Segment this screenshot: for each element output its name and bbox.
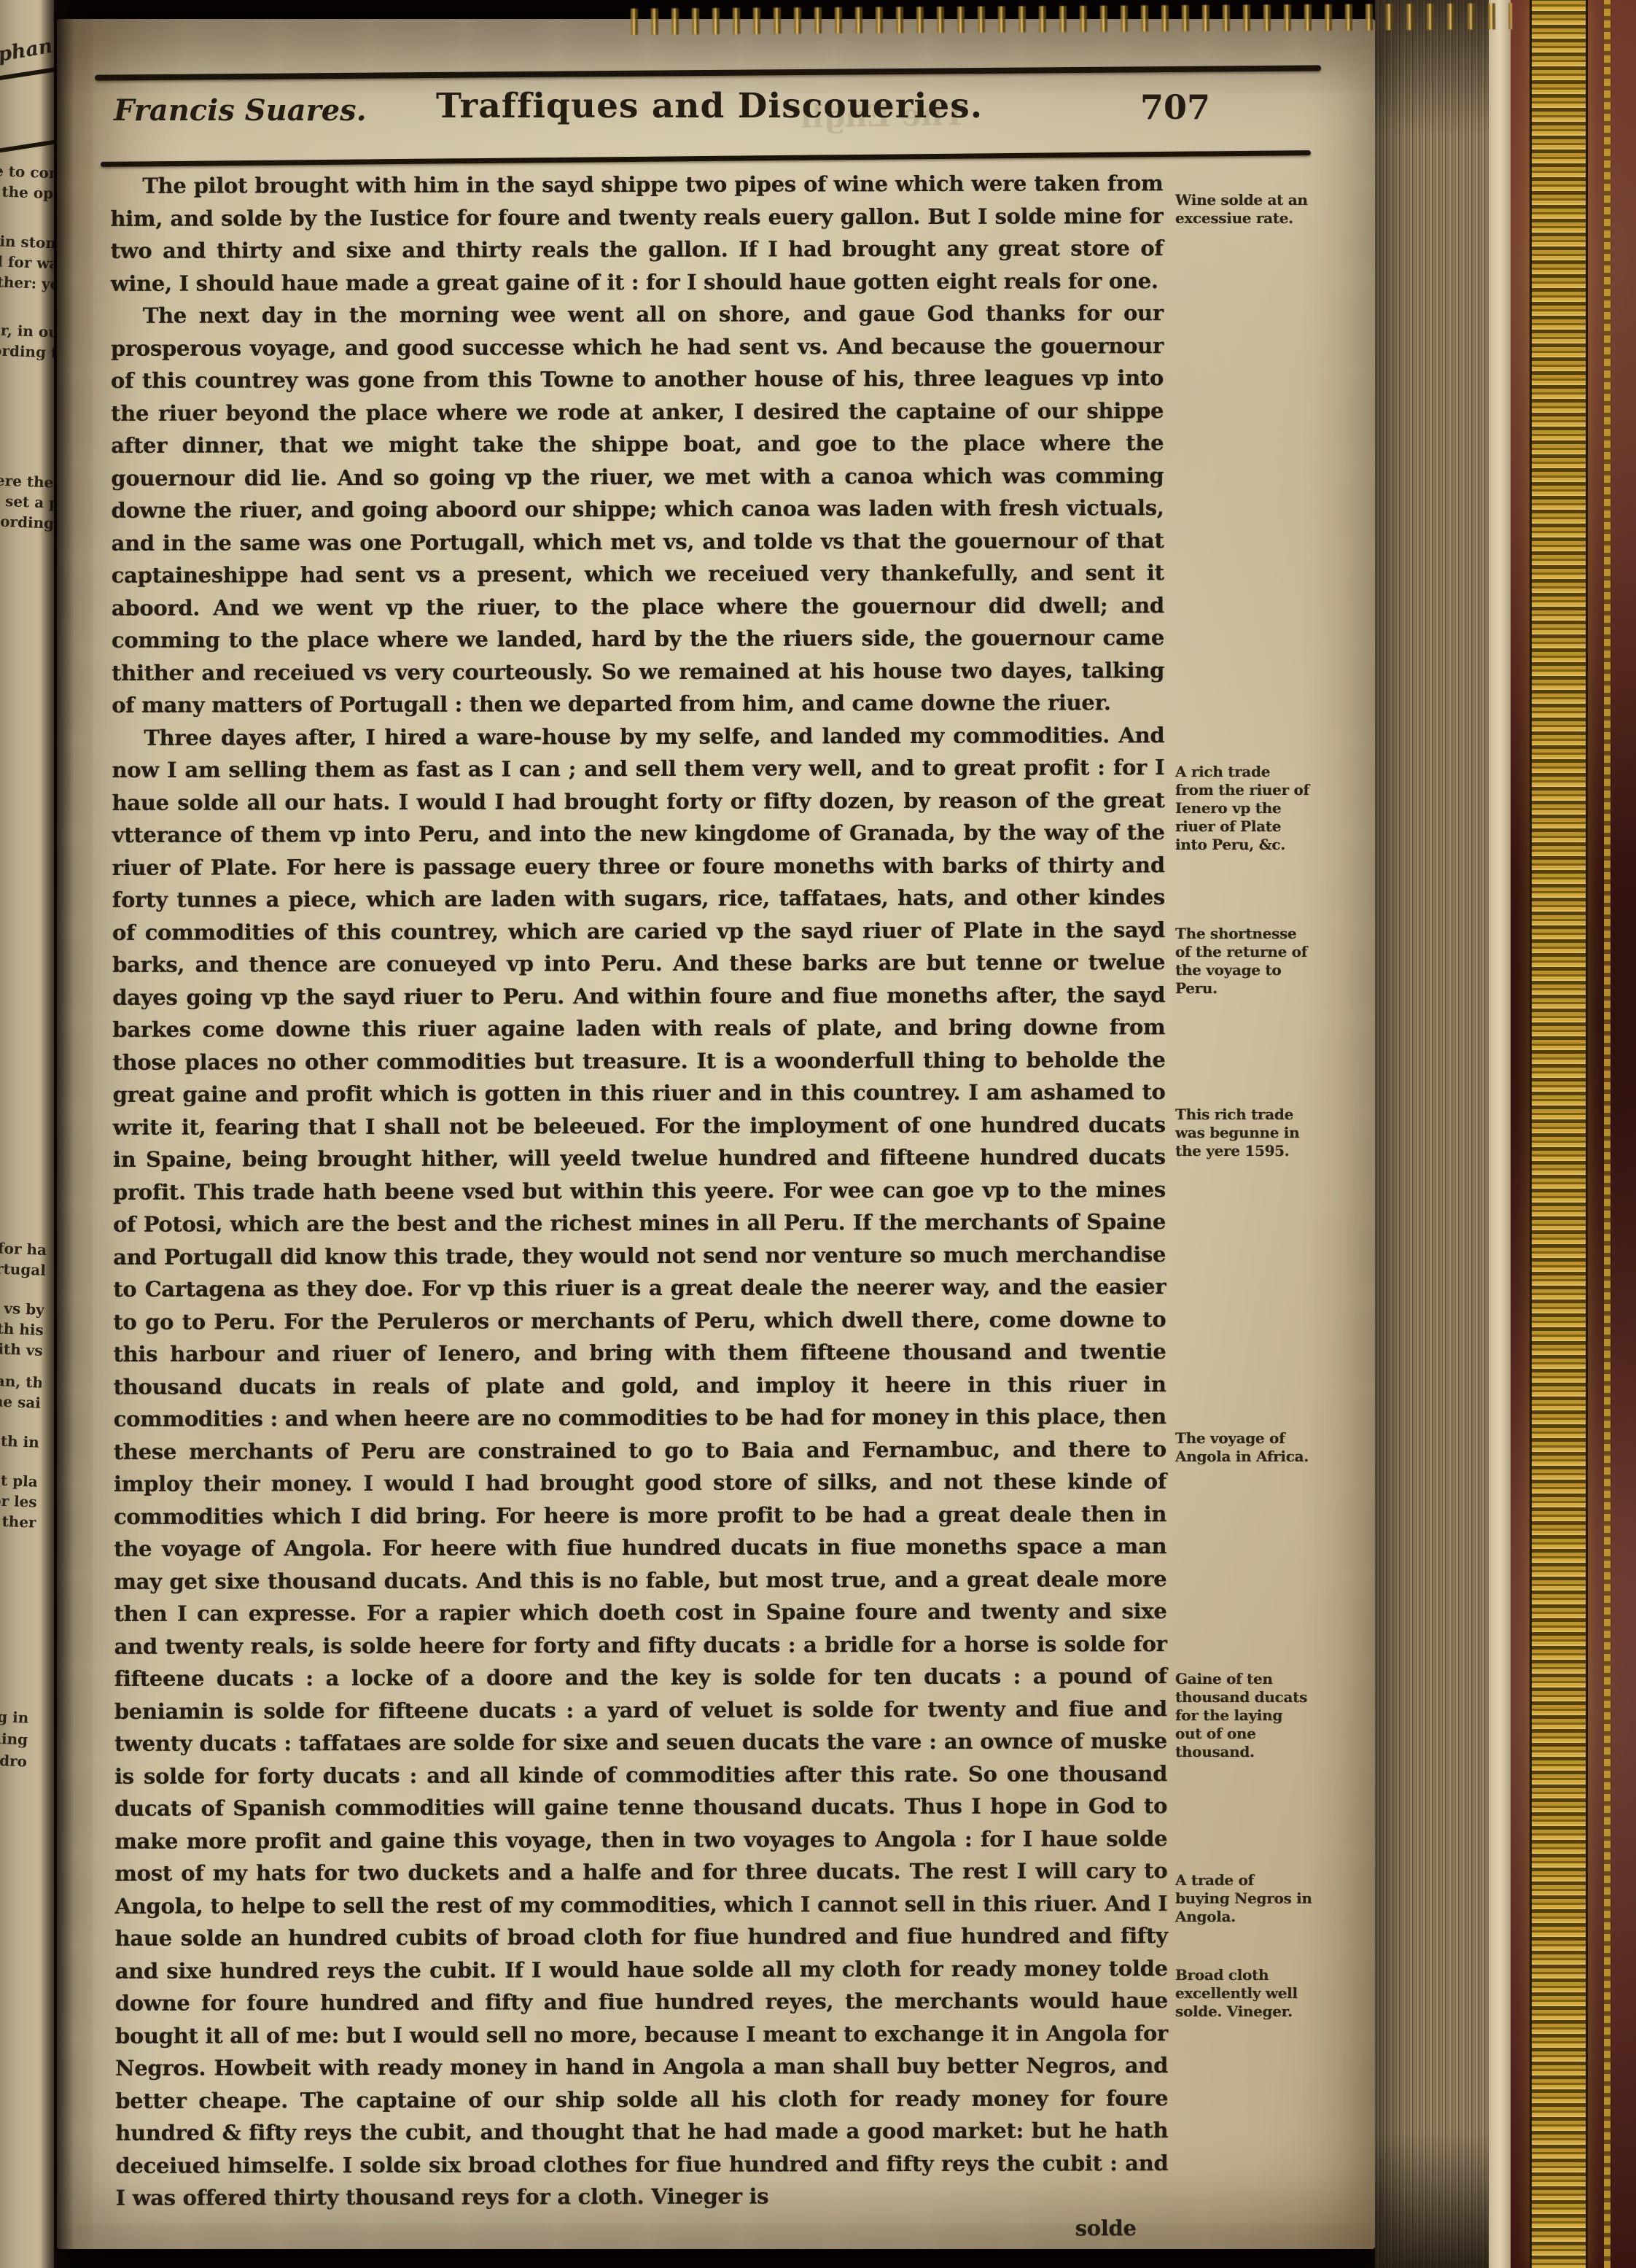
header-rule-top [95, 65, 1321, 80]
marginal-note: A trade of buying Negros in Angola. [1175, 1871, 1312, 1926]
book-page: The Engli Francis Suares. Traffiques and… [57, 19, 1375, 2249]
text-fragment: by dro [0, 1747, 28, 1771]
text-fragment: d by South in [0, 1428, 39, 1451]
text-fragment: shallowest pla [0, 1467, 38, 1491]
text-fragment: as tolde vs by [0, 1296, 44, 1319]
running-header: The Engli Francis Suares. Traffiques and… [57, 82, 1375, 147]
book-scan: ephan Ha ce to come ae in the open sehad… [0, 0, 1636, 2268]
marginal-note: Broad cloth excellently well solde. Vine… [1175, 1966, 1312, 2021]
running-author: Francis Suares. [114, 93, 367, 128]
body-text: The pilot brought with him in the sayd s… [110, 167, 1168, 2247]
paragraph: The next day in the morning wee went all… [111, 297, 1165, 721]
book-cover-marbled [1511, 0, 1636, 2268]
gilt-border-line [1604, 0, 1610, 2268]
paragraph: The pilot brought with him in the sayd s… [110, 167, 1163, 300]
gilt-border-band [1530, 0, 1588, 2268]
page-title: Traffiques and Discoueries. [436, 86, 983, 126]
catchword: solde [116, 2212, 1169, 2247]
gilt-top-edge [624, 3, 1512, 34]
text-fragment: or lesse, ther [0, 1508, 36, 1531]
text-fragment: we like the sai [0, 1389, 41, 1412]
text-fragment: to a Portugal [0, 1257, 46, 1280]
text-fragment: S.Sebastian, th [0, 1368, 42, 1391]
text-fragment: ugales for ha [0, 1236, 47, 1259]
paragraph: Three dayes after, I hired a ware-house … [112, 719, 1168, 2215]
page-number: 707 [1140, 88, 1210, 127]
header-rule-bottom [101, 150, 1311, 167]
marginal-note: The shortnesse of the returne of the voy… [1175, 925, 1312, 998]
marginal-note: The voyage of Angola in Africa. [1175, 1429, 1312, 1466]
text-fragment: tle more or les [0, 1488, 37, 1511]
marginal-note: A rich trade from the riuer of Ienero vp… [1175, 763, 1312, 854]
marginal-note: Wine solde at an excessiue rate. [1175, 191, 1312, 228]
marginal-note: This rich trade was begunne in the yere … [1175, 1106, 1312, 1160]
text-fragment: .comming [0, 1725, 28, 1749]
marginal-note: Gaine of ten thousand ducats for the lay… [1175, 1670, 1312, 1761]
gutter-shadow [41, 0, 74, 2268]
book-fore-edge [1375, 0, 1489, 2268]
text-fragment: res, with his [0, 1316, 44, 1340]
text-fragment: come with vs [0, 1337, 43, 1360]
text-fragment: welling in [0, 1704, 29, 1727]
endpaper-sliver [1489, 0, 1511, 2268]
